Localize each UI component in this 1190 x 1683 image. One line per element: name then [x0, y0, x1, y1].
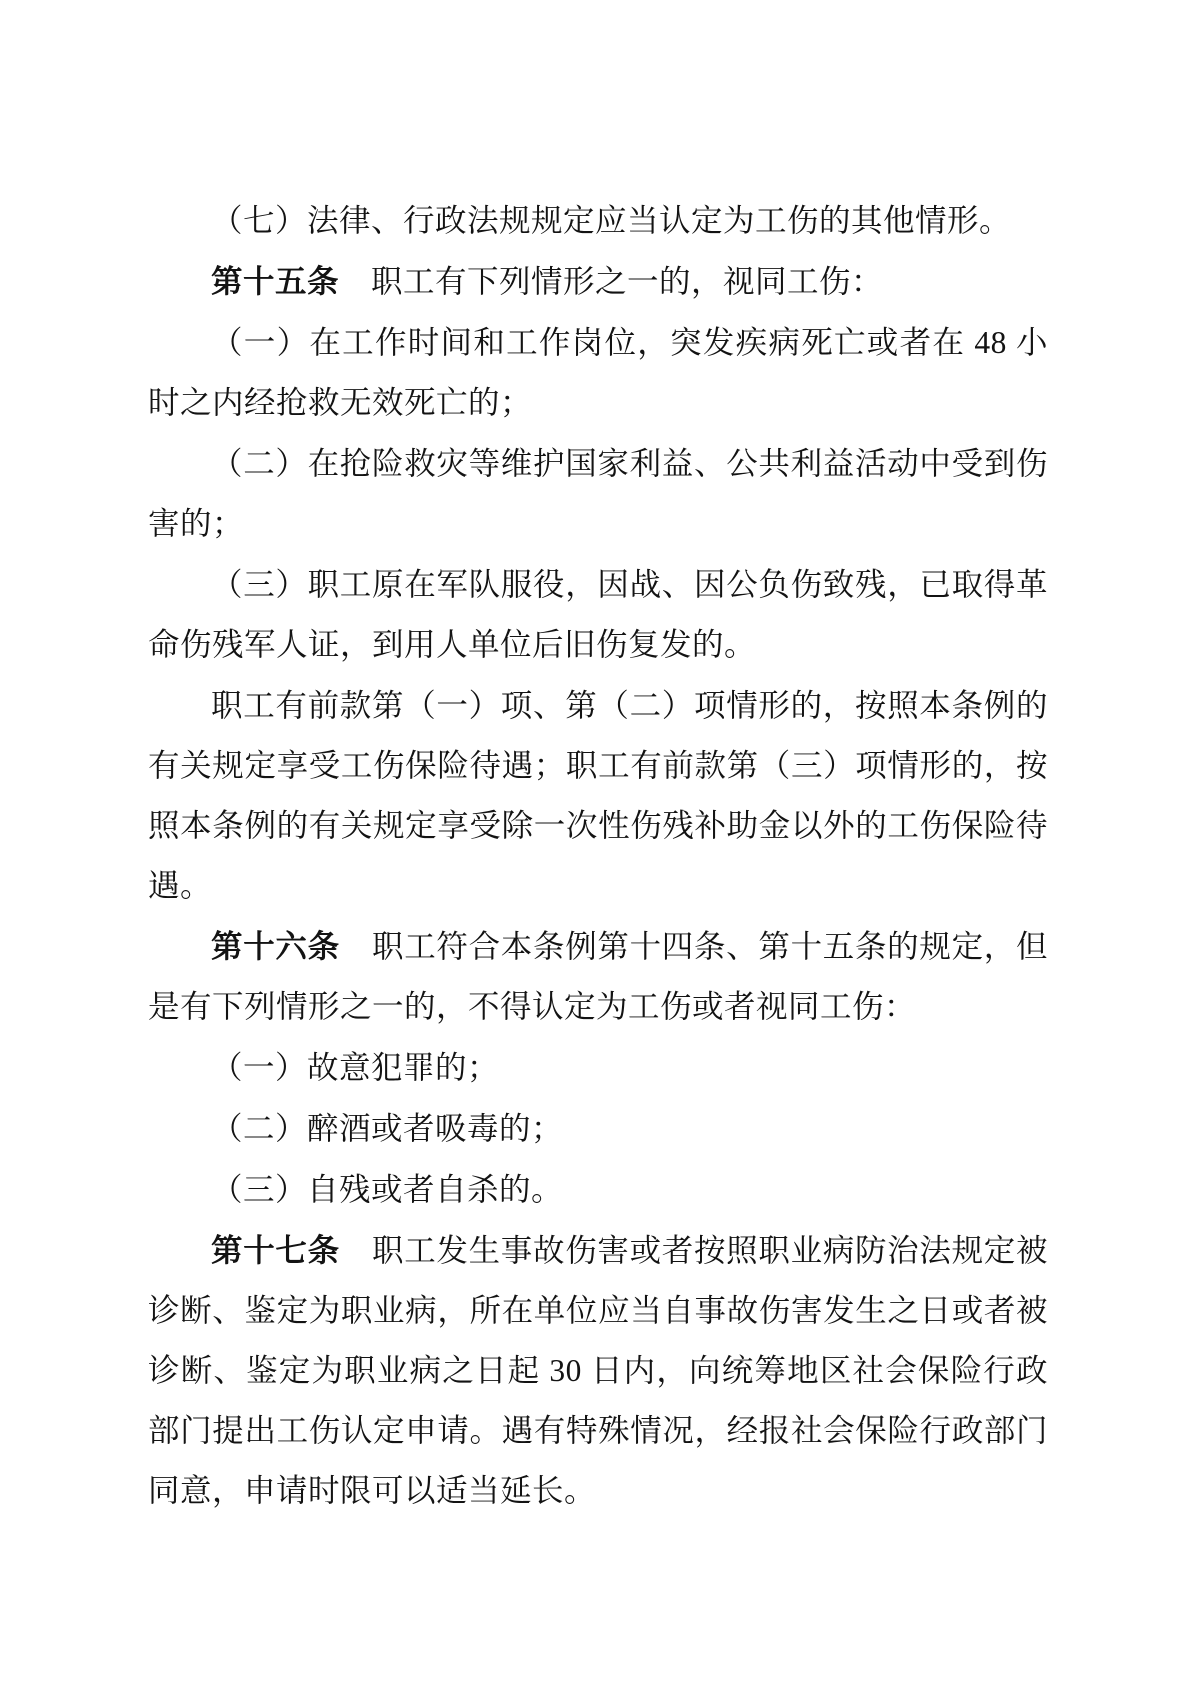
paragraph-text: （三）自残或者自杀的。 [211, 1172, 563, 1207]
document-body: （七）法律、行政法规规定应当认定为工伤的其他情形。 第十五条 职工有下列情形之一… [148, 190, 1048, 1521]
paragraph: 第十七条 职工发生事故伤害或者按照职业病防治法规定被诊断、鉴定为职业病，所在单位… [148, 1220, 1048, 1521]
paragraph: （一）故意犯罪的； [148, 1037, 1048, 1098]
paragraph: （二）在抢险救灾等维护国家利益、公共利益活动中受到伤害的； [148, 433, 1048, 554]
paragraph: （七）法律、行政法规规定应当认定为工伤的其他情形。 [148, 190, 1048, 251]
paragraph: 第十五条 职工有下列情形之一的，视同工伤： [148, 251, 1048, 312]
paragraph: 职工有前款第（一）项、第（二）项情形的，按照本条例的有关规定享受工伤保险待遇；职… [148, 675, 1048, 916]
paragraph-text: （一）在工作时间和工作岗位，突发疾病死亡或者在 48 小时之内经抢救无效死亡的； [148, 325, 1048, 420]
paragraph-text: 职工发生事故伤害或者按照职业病防治法规定被诊断、鉴定为职业病，所在单位应当自事故… [148, 1233, 1048, 1508]
paragraph-text: （七）法律、行政法规规定应当认定为工伤的其他情形。 [211, 203, 1011, 238]
paragraph-text: （一）故意犯罪的； [211, 1050, 499, 1085]
article-number: 第十五条 [211, 263, 339, 299]
paragraph: （二）醉酒或者吸毒的； [148, 1098, 1048, 1159]
paragraph-text: （二）醉酒或者吸毒的； [211, 1111, 563, 1146]
paragraph-text: 职工有前款第（一）项、第（二）项情形的，按照本条例的有关规定享受工伤保险待遇；职… [148, 688, 1048, 903]
document-page: （七）法律、行政法规规定应当认定为工伤的其他情形。 第十五条 职工有下列情形之一… [0, 0, 1190, 1683]
paragraph: （一）在工作时间和工作岗位，突发疾病死亡或者在 48 小时之内经抢救无效死亡的； [148, 312, 1048, 433]
paragraph-text: （二）在抢险救灾等维护国家利益、公共利益活动中受到伤害的； [148, 446, 1048, 541]
paragraph: 第十六条 职工符合本条例第十四条、第十五条的规定，但是有下列情形之一的，不得认定… [148, 916, 1048, 1037]
paragraph: （三）职工原在军队服役，因战、因公负伤致残，已取得革命伤残军人证，到用人单位后旧… [148, 554, 1048, 675]
paragraph-text: 职工有下列情形之一的，视同工伤： [339, 264, 883, 299]
article-number: 第十六条 [211, 928, 340, 964]
article-number: 第十七条 [211, 1232, 340, 1268]
paragraph-text: （三）职工原在军队服役，因战、因公负伤致残，已取得革命伤残军人证，到用人单位后旧… [148, 567, 1048, 662]
paragraph: （三）自残或者自杀的。 [148, 1159, 1048, 1220]
